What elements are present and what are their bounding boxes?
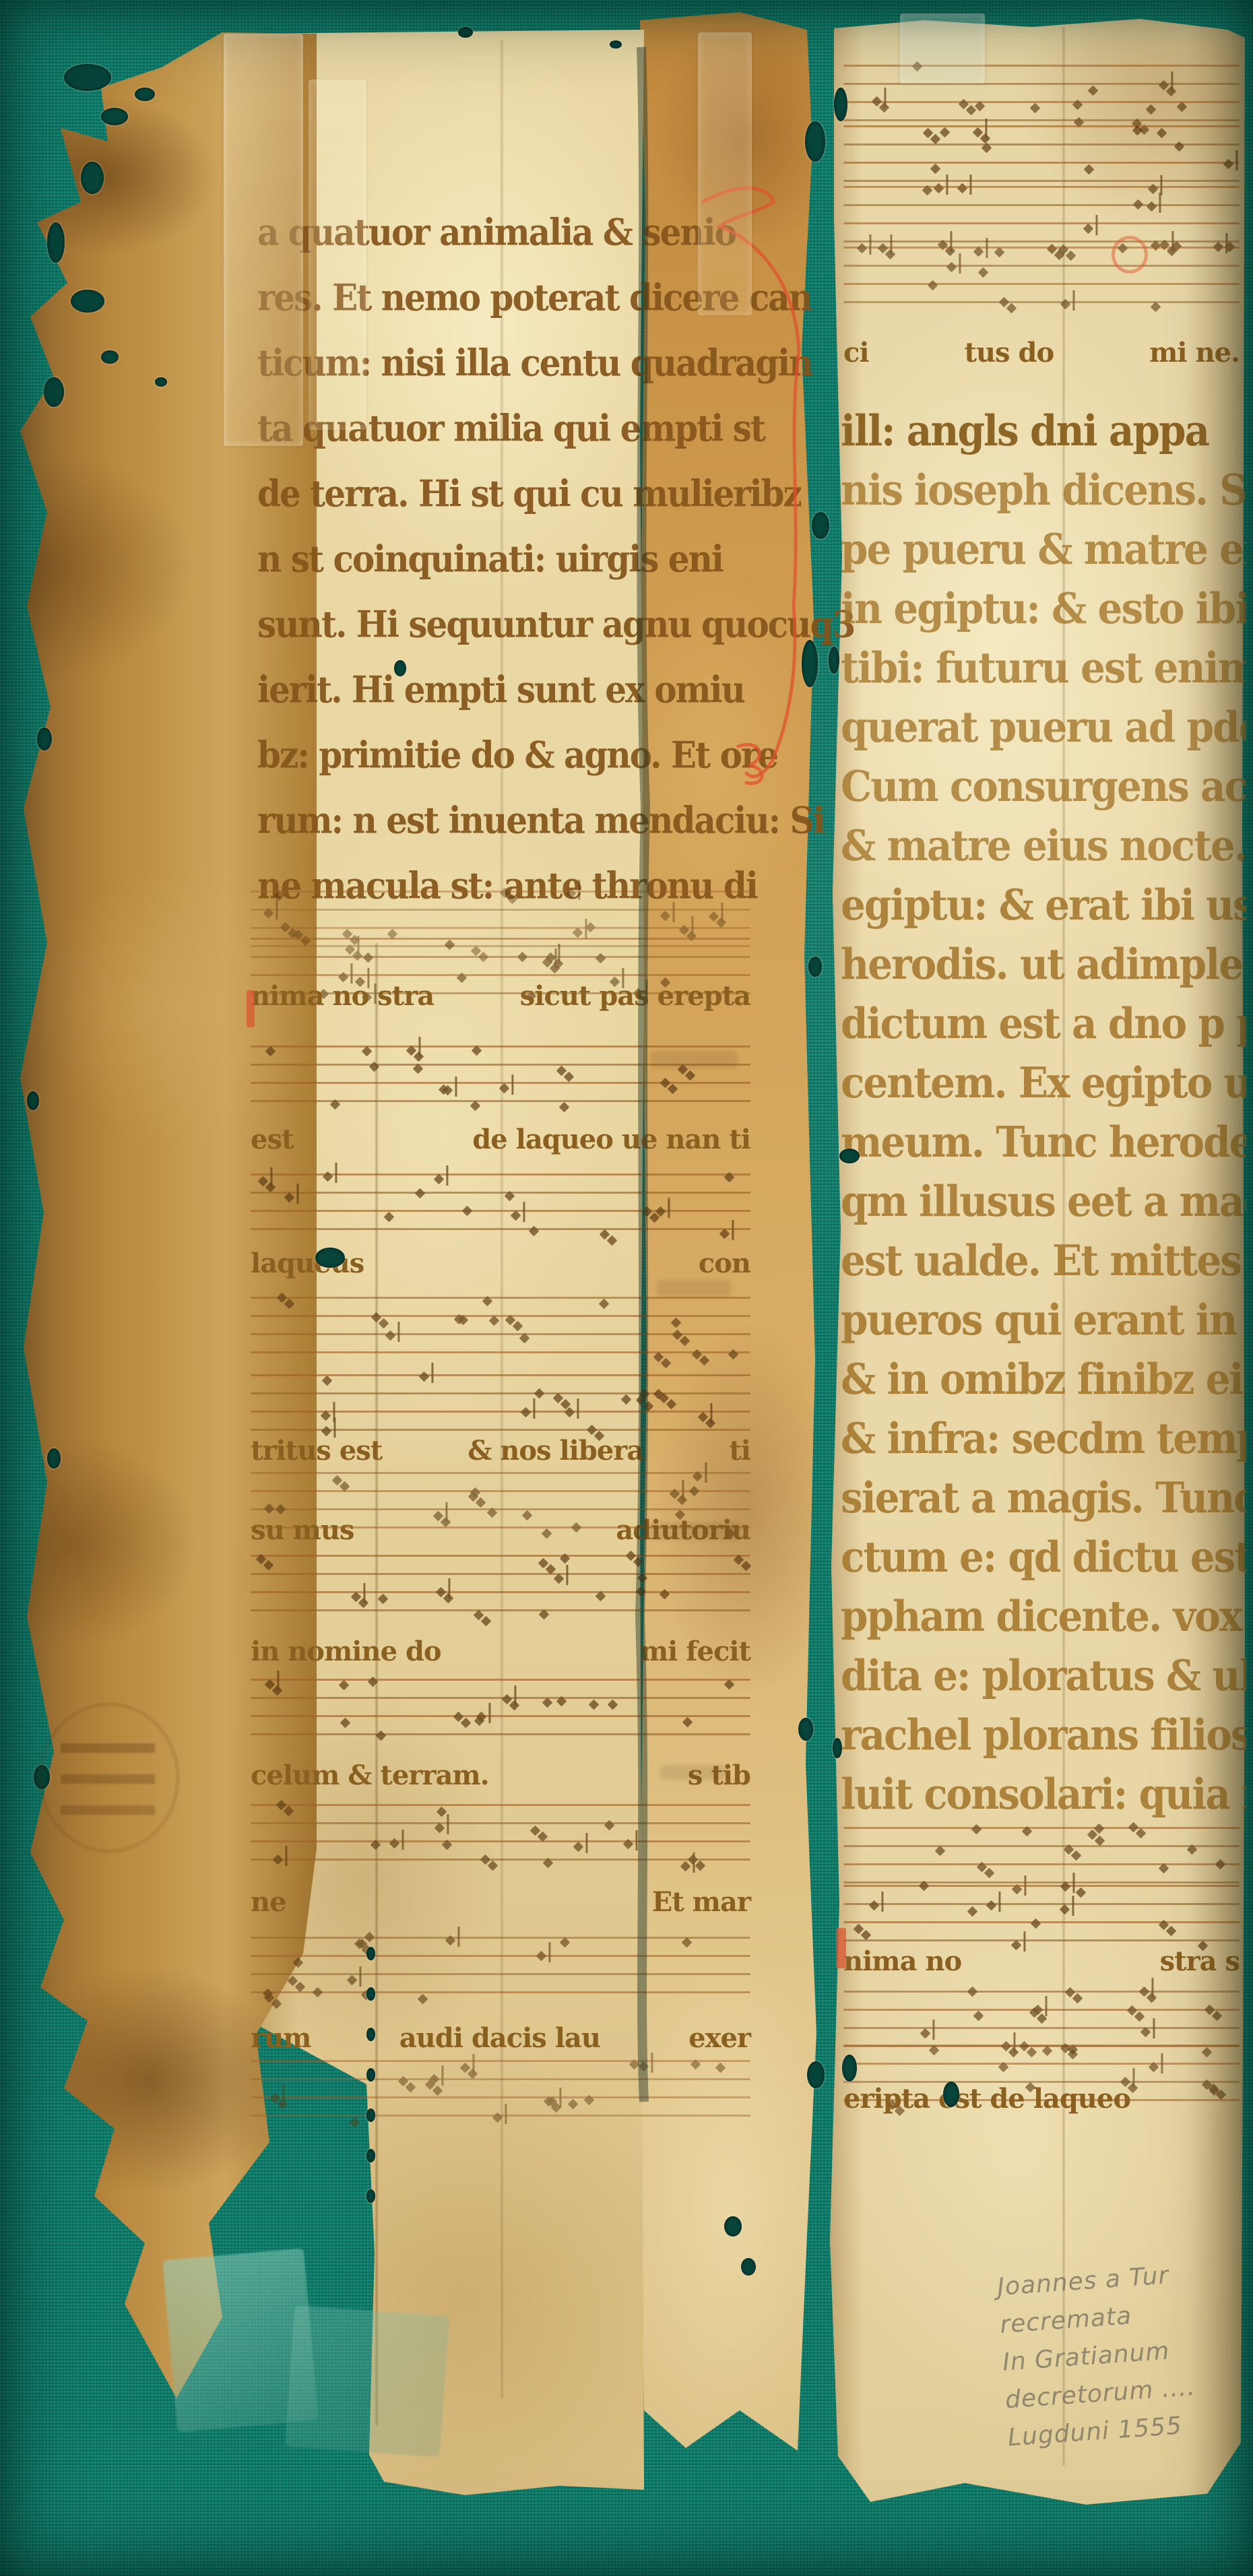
latin-text-line: luit consolari: quia n: [841, 1762, 1246, 1822]
neume-note: [1166, 86, 1177, 97]
neume-note: [378, 1318, 389, 1329]
neume-note: [676, 1495, 687, 1506]
parchment-hole: [808, 957, 822, 977]
latin-text-line: in egiptu: & esto ibi u: [841, 577, 1246, 641]
parchment-hole: [798, 1718, 813, 1741]
green-tissue-mend: [285, 2305, 449, 2457]
neume-note: [1065, 251, 1076, 261]
neume-note: [1083, 224, 1093, 234]
neume-note: [1031, 1919, 1041, 1929]
music-lyric-segment: rum: [251, 2022, 311, 2054]
latin-text-line: Cum consurgens accep: [841, 754, 1246, 818]
music-lyric-segment: Et mar: [652, 1886, 750, 1918]
pencil-inscription: Joannes a TurrecremataIn Gratianumdecret…: [996, 2255, 1200, 2457]
neume-note: [928, 280, 938, 290]
music-lyric-segment: audi dacis lau: [399, 2022, 600, 2054]
neume-note: [406, 2082, 416, 2093]
neume-note: [1029, 103, 1040, 114]
parchment-hole: [802, 640, 818, 687]
neume-note: [878, 102, 889, 113]
neume-note: [287, 1975, 298, 1986]
neume-note: [682, 1717, 693, 1728]
latin-text-line: n st coinquinati: uirgis eni: [257, 523, 854, 594]
music-lyric-segment: con: [699, 1248, 750, 1279]
neume-note: [376, 1730, 387, 1741]
neume-note: [563, 1072, 574, 1083]
music-lyric-segment: exer: [688, 2022, 750, 2054]
parchment-hole: [839, 1149, 860, 1163]
parchment-hole: [315, 1248, 345, 1268]
neume-note: [946, 261, 957, 272]
latin-text-line: nis ioseph dicens. Su: [841, 458, 1246, 522]
neume-note: [1070, 1850, 1081, 1861]
neume-note: [567, 2098, 578, 2109]
parchment-hole: [366, 1947, 375, 1960]
latin-text-line: pe pueru & matre eiu: [841, 517, 1246, 581]
music-lyric-line: estde laqueo ue nan ti: [251, 1124, 750, 1155]
latin-text-line: est ualde. Et mittes o: [841, 1229, 1246, 1293]
latin-text-line: herodis. ut adimple: [841, 932, 1246, 996]
neume-note: [1060, 1904, 1070, 1915]
neume-note: [362, 1046, 373, 1057]
neume-note: [284, 1299, 295, 1310]
neume-note: [1094, 1836, 1105, 1846]
neume-note: [682, 1937, 693, 1948]
neume-note: [1068, 2049, 1079, 2060]
neume-note: [715, 2063, 726, 2073]
music-staff: [843, 247, 1240, 309]
parchment-hole: [155, 377, 167, 387]
parchment-hole: [71, 290, 104, 313]
neume-note: [688, 1485, 699, 1496]
music-lyric-segment: laqueus: [251, 1248, 364, 1279]
neume-note: [573, 1842, 584, 1853]
neume-note: [633, 1556, 644, 1567]
neume-note: [980, 133, 991, 144]
neume-note: [1134, 2011, 1145, 2022]
latin-text-line: bz: primitie do & agno. Et ore: [257, 719, 854, 790]
music-staff: [843, 125, 1240, 187]
music-lyric-segment: in nomine do: [251, 1636, 441, 1667]
neume-note: [973, 2010, 984, 2021]
neume-note: [885, 249, 895, 260]
music-staff: [843, 1885, 1240, 1947]
neume-note: [1135, 1828, 1146, 1839]
neume-note: [363, 953, 374, 963]
right-latin-text-block: ill: angls dni appanis ioseph dicens. Su…: [841, 399, 1246, 1822]
neume-note: [542, 1698, 552, 1708]
neume-note: [415, 1188, 426, 1198]
latin-text-line: ill: angls dni appa: [841, 399, 1246, 463]
latin-text-line: rachel plorans filios s: [841, 1703, 1246, 1767]
neume-note: [660, 910, 671, 921]
repair-tape: [224, 34, 303, 446]
neume-note: [461, 1718, 472, 1729]
neume-note: [741, 1561, 752, 1572]
latin-text-line: meum. Tunc herode: [841, 1110, 1246, 1174]
parchment-hole: [366, 2189, 375, 2203]
neume-note: [607, 1700, 618, 1710]
neume-note: [1223, 159, 1234, 170]
neume-note: [340, 1718, 351, 1729]
latin-text-line: de terra. Hi st qui cu mulieribz: [257, 458, 854, 529]
neume-note: [986, 1900, 996, 1911]
latin-text-line: ierit. Hi empti sunt ex omiu: [257, 654, 854, 725]
latin-text-line: querat pueru ad pde: [841, 695, 1246, 759]
latin-text-line: rum: n est inuenta mendaciu: Si: [257, 785, 854, 856]
neume-note: [967, 1906, 977, 1917]
music-lyric-segment: celum & terram.: [251, 1760, 489, 1791]
music-staff: [843, 1991, 1240, 2053]
music-staff: [251, 1937, 750, 1999]
music-lyric-segment: nima no stra: [251, 980, 434, 1012]
neume-note: [414, 1052, 424, 1062]
music-lyric-segment: tus do: [965, 337, 1054, 368]
music-lyric-segment: tritus est: [251, 1435, 382, 1467]
latin-text-line: egiptu: & erat ibi usq: [841, 873, 1246, 937]
neume-note: [512, 1321, 523, 1332]
neume-note: [621, 1394, 632, 1405]
neume-note: [322, 1376, 333, 1386]
parchment-hole: [741, 2258, 756, 2276]
music-lyric-segment: de laqueo ue nan ti: [472, 1124, 750, 1155]
neume-note: [462, 1206, 473, 1217]
neume-note: [1087, 85, 1098, 96]
neume-note: [278, 2099, 288, 2110]
neume-note: [276, 1504, 286, 1514]
music-staff: [843, 1827, 1240, 1889]
latin-text-line: sunt. Hi sequuntur agnu quocuq3: [257, 589, 854, 659]
music-lyric-line: rumaudi dacis lauexer: [251, 2022, 750, 2054]
neume-note: [596, 953, 606, 964]
latin-text-line: & in omibz finibz ei.: [841, 1347, 1246, 1411]
neume-note: [509, 1700, 520, 1710]
latin-text-line: ctum e: qd dictu est p: [841, 1525, 1246, 1589]
neume-note: [1026, 2047, 1037, 2058]
music-staff: [843, 186, 1240, 248]
music-lyric-line: citus domi ne.: [843, 337, 1240, 368]
ink-showthrough: [657, 1280, 731, 1296]
parchment-hole: [394, 660, 406, 676]
music-staff: [251, 2060, 750, 2122]
neume-note: [660, 1589, 670, 1600]
ink-showthrough: [660, 1765, 728, 1780]
neume-note: [385, 1330, 396, 1341]
neume-note: [920, 2028, 931, 2038]
parchment-hole: [44, 377, 64, 407]
latin-text-line: qm illusus eet a mag: [841, 1169, 1246, 1233]
neume-note: [977, 267, 988, 278]
neume-note: [293, 1958, 304, 1968]
music-lyric-segment: ci: [843, 337, 869, 368]
neume-note: [680, 1336, 690, 1347]
music-lyric-segment: stra s: [1160, 1945, 1240, 1977]
neume-note: [1215, 1859, 1225, 1869]
neume-note: [1212, 2011, 1223, 2022]
music-lyric-segment: est: [251, 1124, 293, 1155]
music-lyric-line: nima no strasicut pas erepta: [251, 980, 750, 1012]
music-lyric-line: tritus est& nos liberati: [251, 1435, 750, 1467]
red-initial-A: [836, 1928, 846, 1968]
neume-note: [339, 1679, 350, 1690]
music-staff: [251, 1555, 750, 1617]
neume-note: [272, 1855, 283, 1865]
repair-tape: [309, 79, 366, 430]
parchment-hole: [805, 121, 825, 162]
neume-note: [1072, 1993, 1083, 2004]
parchment-hole: [366, 2068, 375, 2082]
neume-note: [499, 1083, 509, 1094]
parchment-hole: [366, 2108, 375, 2122]
neume-note: [940, 127, 951, 138]
latin-text-line: & infra: secdm temp: [841, 1407, 1246, 1471]
neume-note: [358, 1598, 369, 1609]
music-lyric-segment: nima no: [843, 1945, 961, 1977]
parchment-hole: [366, 2149, 375, 2162]
music-lyric-segment: mi ne.: [1149, 337, 1240, 368]
neume-note: [930, 163, 941, 174]
neume-note: [929, 2045, 940, 2056]
music-staff: [251, 1297, 750, 1359]
neume-note: [922, 127, 933, 138]
neume-note: [599, 1299, 610, 1310]
music-lyric-segment: ne: [251, 1886, 286, 1918]
music-lyric-segment: sicut pas erepta: [520, 980, 750, 1012]
neume-note: [1157, 127, 1167, 138]
neume-note: [434, 1174, 445, 1185]
neume-note: [263, 1560, 274, 1571]
neume-note: [705, 1418, 716, 1429]
neume-note: [728, 1349, 739, 1359]
neume-note: [263, 1504, 274, 1514]
parchment-hole: [842, 2055, 857, 2082]
ink-showthrough: [647, 1522, 741, 1540]
music-staff: [251, 1173, 750, 1235]
neume-note: [313, 1987, 323, 1997]
neume-note: [984, 1868, 994, 1879]
red-ring-mark: [1112, 236, 1148, 273]
neume-note: [507, 894, 517, 905]
neume-note: [1177, 102, 1188, 112]
neume-note: [1147, 201, 1157, 212]
music-lyric-line: eripta est de laqueo: [843, 2083, 1240, 2115]
neume-note: [639, 2061, 649, 2072]
neume-note: [685, 1070, 696, 1081]
neume-note: [930, 133, 940, 144]
music-staff: [251, 1679, 750, 1741]
parchment-hole: [64, 64, 111, 91]
neume-note: [294, 1981, 305, 1992]
parchment-hole: [47, 222, 65, 263]
neume-note: [1146, 104, 1157, 115]
neume-note: [378, 1594, 389, 1605]
neume-note: [861, 1930, 872, 1941]
neume-note: [869, 1900, 880, 1911]
neume-note: [670, 1317, 681, 1328]
neume-note: [1202, 2047, 1213, 2058]
neume-note: [536, 1951, 547, 1962]
latin-text-line: pueros qui erant in: [841, 1288, 1246, 1352]
parchment-hole: [458, 27, 473, 38]
parchment-hole: [366, 1987, 375, 2001]
ink-showthrough: [650, 1051, 738, 1068]
neume-note: [1076, 1888, 1087, 1898]
neume-note: [573, 928, 583, 938]
neume-note: [284, 1192, 295, 1203]
neume-note: [1084, 164, 1095, 175]
neume-note: [934, 1846, 945, 1857]
parchment-hole: [943, 2082, 959, 2107]
latin-text-line: dita e: ploratus & ulul: [841, 1644, 1246, 1708]
manuscript-photo: a quatuor animalia & seniores. Et nemo p…: [0, 0, 1253, 2576]
neume-note: [517, 952, 528, 963]
neume-note: [347, 1974, 358, 1985]
neume-note: [1041, 2046, 1052, 2057]
parchment-hole: [724, 2216, 742, 2236]
music-lyric-segment: su mus: [251, 1514, 354, 1546]
latin-text-line: ppham dicente. vox i: [841, 1584, 1246, 1648]
neume-note: [435, 1586, 446, 1597]
neume-note: [272, 1685, 283, 1696]
music-lyric-segment: ti: [729, 1435, 750, 1467]
parchment-hole: [37, 728, 52, 750]
neume-note: [521, 1407, 532, 1418]
library-stamp: [39, 1703, 179, 1853]
latin-text-line: & matre eius nocte. e: [841, 814, 1246, 878]
neume-note: [475, 1498, 486, 1508]
parchment-hole: [101, 108, 128, 125]
music-lyric-segment: eripta est de laqueo: [843, 2083, 1130, 2115]
repair-tape: [698, 32, 752, 315]
latin-text-line: sierat a magis. Tunc: [841, 1466, 1246, 1530]
parchment-hole: [807, 2061, 825, 2088]
neume-note: [668, 1083, 678, 1094]
repair-tape: [900, 13, 985, 84]
music-staff: [251, 1804, 750, 1866]
neume-note: [529, 1225, 540, 1236]
parchment-hole: [833, 1738, 842, 1758]
parchment-hole: [834, 88, 847, 121]
neume-note: [534, 1388, 545, 1398]
neume-note: [284, 1805, 294, 1816]
neume-note: [432, 2085, 443, 2096]
neume-note: [436, 1807, 447, 1817]
parchment-hole: [812, 512, 829, 539]
neume-note: [666, 1399, 677, 1410]
parchment-hole: [47, 1448, 61, 1469]
parchment-hole: [81, 162, 104, 194]
latin-text-line: dictum est a dno p p: [841, 992, 1246, 1056]
neume-note: [349, 2117, 360, 2128]
neume-note: [368, 1061, 379, 1072]
parchment-hole: [366, 2028, 375, 2041]
neume-note: [1147, 1992, 1157, 2003]
music-lyric-line: nima nostra s: [843, 1945, 1240, 1977]
neume-note: [444, 940, 455, 951]
latin-text-line: tibi: futuru est enim: [841, 636, 1246, 700]
music-lyric-line: in nomine domi fecit: [251, 1636, 750, 1667]
neume-note: [443, 1592, 453, 1603]
music-lyric-line: neEt mar: [251, 1886, 750, 1918]
red-initial-remnant: [247, 990, 255, 1027]
latin-text-line: centem. Ex egipto u: [841, 1051, 1246, 1115]
parchment-hole: [135, 88, 155, 101]
neume-note: [636, 1586, 647, 1597]
neume-note: [383, 1212, 394, 1223]
parchment-hole: [829, 647, 839, 674]
music-lyric-segment: & nos libera: [468, 1435, 643, 1467]
parchment-hole: [27, 1091, 39, 1110]
music-staff: [251, 1374, 750, 1436]
music-lyric-segment: mi fecit: [640, 1636, 750, 1667]
parchment-hole: [610, 40, 622, 49]
neume-note: [588, 1700, 599, 1710]
neume-note: [1166, 1925, 1177, 1936]
neume-note: [1133, 199, 1144, 210]
parchment-hole: [101, 350, 119, 364]
